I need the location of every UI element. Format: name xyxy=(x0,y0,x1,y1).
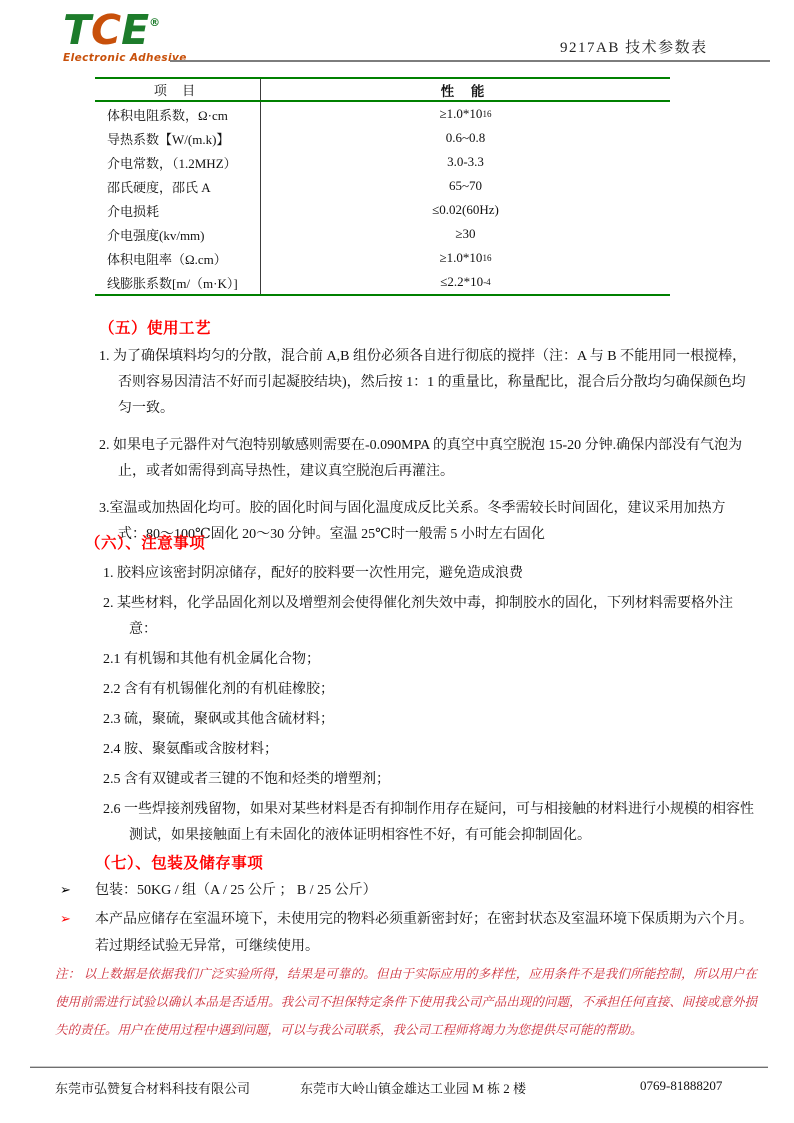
footer-address: 东莞市大岭山镇金雄达工业园 M 栋 2 楼 xyxy=(300,1078,526,1097)
document-page: TCE® Electronic Adhesive 9217AB 技术参数表 项 … xyxy=(0,0,794,1123)
section5-item: 2. 如果电子元器件对气泡特别敏感则需要在-0.090MPA 的真空中真空脱泡 … xyxy=(99,433,749,485)
column-header-performance: 性 能 xyxy=(260,79,670,100)
packaging-bullet: ➢ 包装：50KG / 组（A / 25 公斤 ； B / 25 公斤） xyxy=(60,877,762,904)
footer-company: 东莞市弘赞复合材料科技有限公司 xyxy=(55,1078,250,1097)
logo-letter-c: C xyxy=(91,6,121,54)
row-value: 0.6~0.8 xyxy=(260,126,670,150)
bullet-text: 包装：50KG / 组（A / 25 公斤 ； B / 25 公斤） xyxy=(95,877,762,904)
storage-bullet: ➢ 本产品应储存在室温环境下，未使用完的物料必须重新密封好；在密封状态及室温环境… xyxy=(60,906,762,960)
section6-item: 2.4 胺、聚氨酯或含胺材料； xyxy=(103,737,755,763)
row-value: ≤2.2*10-4 xyxy=(260,270,670,294)
value-base: ≤2.2*10 xyxy=(440,274,483,290)
row-value: ≥1.0*1016 xyxy=(260,246,670,270)
footer-divider xyxy=(30,1066,768,1068)
section6-item: 2.5 含有双键或者三键的不饱和烃类的增塑剂； xyxy=(103,767,755,793)
row-value: ≤0.02(60Hz) xyxy=(260,198,670,222)
section6-item: 1. 胶料应该密封阴凉储存，配好的胶料要一次性用完，避免造成浪费 xyxy=(103,561,755,587)
table-header-row: 项 目 性 能 xyxy=(95,79,670,102)
disclaimer-note: 注： 以上数据是依据我们广泛实验所得，结果是可靠的。但由于实际应用的多样性，应用… xyxy=(55,960,757,1044)
registered-trademark-icon: ® xyxy=(149,16,160,29)
logo-letter-t: T xyxy=(63,6,91,54)
row-item-label: 导热系数【W/(m.k)】 xyxy=(95,129,260,148)
section7-heading: （七）、包装及储存事项 xyxy=(95,851,263,873)
value-base: 65~70 xyxy=(449,178,482,194)
row-item-label: 体积电阻率（Ω.cm） xyxy=(95,249,260,268)
arrow-bullet-icon: ➢ xyxy=(60,906,95,960)
logo-subtitle: Electronic Adhesive xyxy=(63,52,187,64)
parameter-table: 项 目 性 能 体积电阻系数，Ω·cm ≥1.0*1016 导热系数【W/(m.… xyxy=(95,77,670,296)
logo-wordmark: TCE® xyxy=(63,10,187,51)
table-row: 线膨胀系数[m/（m·K）] ≤2.2*10-4 xyxy=(95,270,670,294)
value-base: 3.0-3.3 xyxy=(447,154,484,170)
section6-item: 2.2 含有有机锡催化剂的有机硅橡胶； xyxy=(103,677,755,703)
row-value: 3.0-3.3 xyxy=(260,150,670,174)
section5-heading: （五）使用工艺 xyxy=(99,316,211,338)
section5-item: 1. 为了确保填料均匀的分散，混合前 A,B 组份必须各自进行彻底的搅拌（注：A… xyxy=(99,344,749,422)
row-item-label: 介电强度(kv/mm) xyxy=(95,225,260,244)
value-base: ≤0.02(60Hz) xyxy=(432,202,499,218)
footer-phone: 0769-81888207 xyxy=(640,1078,722,1094)
header-divider xyxy=(170,60,770,62)
row-value: ≥1.0*1016 xyxy=(260,102,670,126)
table-row: 邵氏硬度，邵氏 A 65~70 xyxy=(95,174,670,198)
value-base: 0.6~0.8 xyxy=(446,130,486,146)
section6-body: 1. 胶料应该密封阴凉储存，配好的胶料要一次性用完，避免造成浪费 2. 某些材料… xyxy=(103,561,755,853)
company-logo: TCE® Electronic Adhesive xyxy=(63,10,187,64)
value-base: ≥1.0*10 xyxy=(440,106,483,122)
row-item-label: 体积电阻系数，Ω·cm xyxy=(95,105,260,124)
row-item-label: 介电损耗 xyxy=(95,201,260,220)
logo-letter-e: E xyxy=(121,6,149,54)
column-header-item: 项 目 xyxy=(95,80,260,99)
table-row: 体积电阻率（Ω.cm） ≥1.0*1016 xyxy=(95,246,670,270)
arrow-bullet-icon: ➢ xyxy=(60,877,95,904)
table-row: 导热系数【W/(m.k)】 0.6~0.8 xyxy=(95,126,670,150)
table-row: 介电损耗 ≤0.02(60Hz) xyxy=(95,198,670,222)
table-row: 体积电阻系数，Ω·cm ≥1.0*1016 xyxy=(95,102,670,126)
row-item-label: 线膨胀系数[m/（m·K）] xyxy=(95,273,260,292)
section6-item: 2. 某些材料，化学品固化剂以及增塑剂会使得催化剂失效中毒，抑制胶水的固化，下列… xyxy=(103,591,755,643)
row-item-label: 介电常数，（1.2MHZ） xyxy=(95,153,260,172)
table-row: 介电常数，（1.2MHZ） 3.0-3.3 xyxy=(95,150,670,174)
section6-item: 2.1 有机锡和其他有机金属化合物； xyxy=(103,647,755,673)
section7-body: ➢ 包装：50KG / 组（A / 25 公斤 ； B / 25 公斤） ➢ 本… xyxy=(60,877,762,962)
value-base: ≥1.0*10 xyxy=(440,250,483,266)
table-row: 介电强度(kv/mm) ≥30 xyxy=(95,222,670,246)
section6-heading: （六）、注意事项 xyxy=(85,531,205,553)
section5-body: 1. 为了确保填料均匀的分散，混合前 A,B 组份必须各自进行彻底的搅拌（注：A… xyxy=(99,344,749,559)
page-title: 9217AB 技术参数表 xyxy=(560,36,708,57)
value-base: ≥30 xyxy=(455,226,475,242)
row-item-label: 邵氏硬度，邵氏 A xyxy=(95,177,260,196)
footer: 东莞市弘赞复合材料科技有限公司 东莞市大岭山镇金雄达工业园 M 栋 2 楼 07… xyxy=(0,1078,794,1098)
bullet-text: 本产品应储存在室温环境下，未使用完的物料必须重新密封好；在密封状态及室温环境下保… xyxy=(95,906,762,960)
section6-item: 2.6 一些焊接剂残留物，如果对某些材料是否有抑制作用存在疑问，可与相接触的材料… xyxy=(103,797,755,849)
section6-item: 2.3 硫，聚硫，聚砜或其他含硫材料； xyxy=(103,707,755,733)
row-value: 65~70 xyxy=(260,174,670,198)
row-value: ≥30 xyxy=(260,222,670,246)
